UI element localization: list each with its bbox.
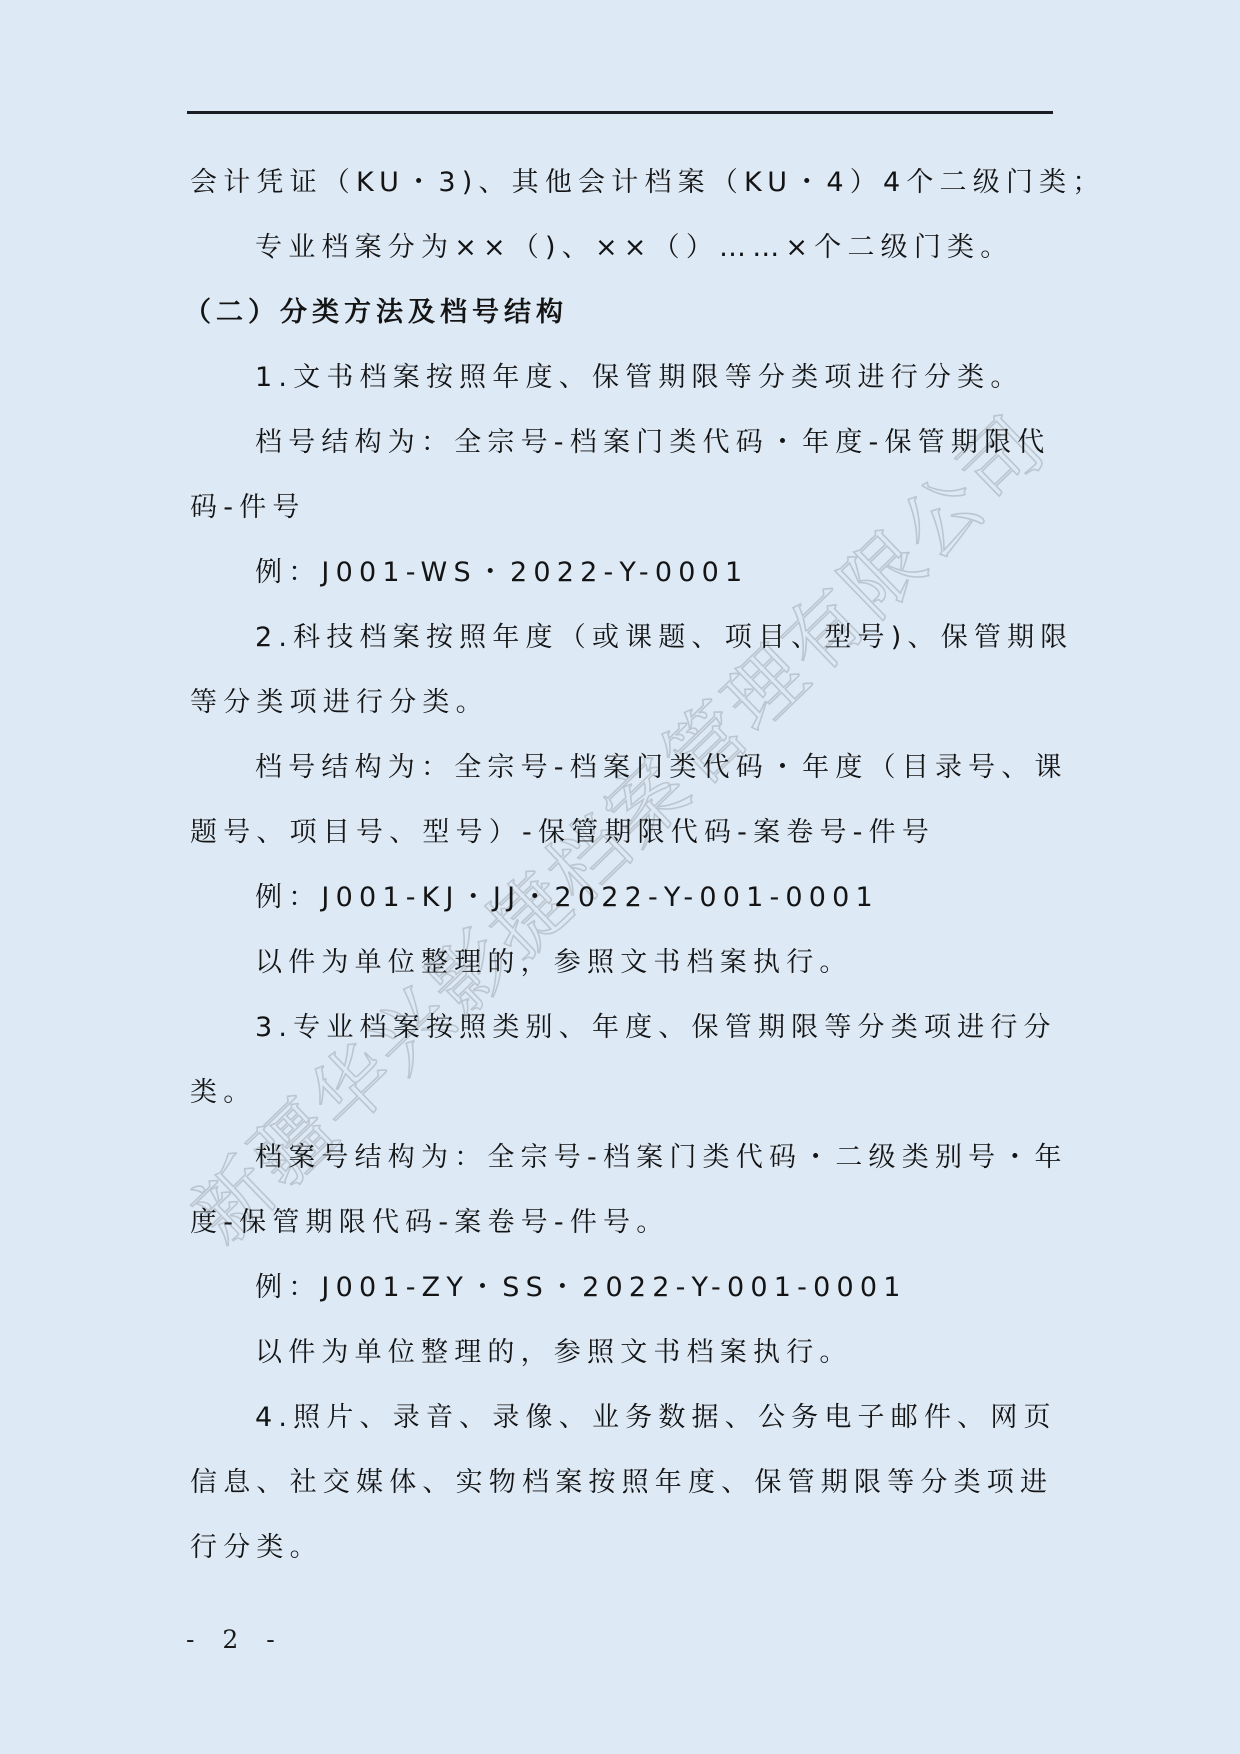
- body-line-accounting-categories: 会计凭证（KU・3)、其他会计档案（KU・4）4个二级门类；: [190, 163, 1060, 203]
- body-line-item-3a: 3.专业档案按照类别、年度、保管期限等分类项进行分: [255, 1008, 1125, 1048]
- body-line-note-2: 以件为单位整理的，参照文书档案执行。: [255, 943, 1125, 983]
- header-rule: [187, 111, 1053, 114]
- document-page: 新疆华兴影捷档案管理有限公司 会计凭证（KU・3)、其他会计档案（KU・4）4个…: [0, 0, 1240, 1754]
- body-line-structure-1a: 档号结构为：全宗号-档案门类代码・年度-保管期限代: [255, 423, 1125, 463]
- body-line-structure-3a: 档案号结构为：全宗号-档案门类代码・二级类别号・年: [255, 1138, 1125, 1178]
- body-line-example-3: 例：J001-ZY・SS・2022-Y-001-0001: [255, 1268, 1125, 1308]
- body-line-professional-categories: 专业档案分为××（)、××（）……×个二级门类。: [255, 228, 1125, 268]
- body-line-item-2b: 等分类项进行分类。: [190, 683, 1060, 723]
- body-line-item-4a: 4.照片、录音、录像、业务数据、公务电子邮件、网页: [255, 1398, 1125, 1438]
- body-line-item-4b: 信息、社交媒体、实物档案按照年度、保管期限等分类项进: [190, 1463, 1060, 1503]
- page-number: - 2 -: [186, 1625, 285, 1654]
- body-line-structure-3b: 度-保管期限代码-案卷号-件号。: [190, 1203, 1060, 1243]
- body-line-note-3: 以件为单位整理的，参照文书档案执行。: [255, 1333, 1125, 1373]
- body-line-item-2a: 2.科技档案按照年度（或课题、项目、型号)、保管期限: [255, 618, 1125, 658]
- body-line-item-1: 1.文书档案按照年度、保管期限等分类项进行分类。: [255, 358, 1125, 398]
- body-line-structure-1b: 码-件号: [190, 488, 1060, 528]
- body-line-item-4c: 行分类。: [190, 1528, 1060, 1568]
- page-content: 会计凭证（KU・3)、其他会计档案（KU・4）4个二级门类； 专业档案分为××（…: [0, 0, 1240, 1754]
- body-line-example-1: 例：J001-WS・2022-Y-0001: [255, 553, 1125, 593]
- body-line-structure-2b: 题号、项目号、型号）-保管期限代码-案卷号-件号: [190, 813, 1060, 853]
- body-line-item-3b: 类。: [190, 1073, 1060, 1113]
- body-line-structure-2a: 档号结构为：全宗号-档案门类代码・年度（目录号、课: [255, 748, 1125, 788]
- section-heading: （二）分类方法及档号结构: [184, 293, 1054, 333]
- body-line-example-2: 例：J001-KJ・JJ・2022-Y-001-0001: [255, 878, 1125, 918]
